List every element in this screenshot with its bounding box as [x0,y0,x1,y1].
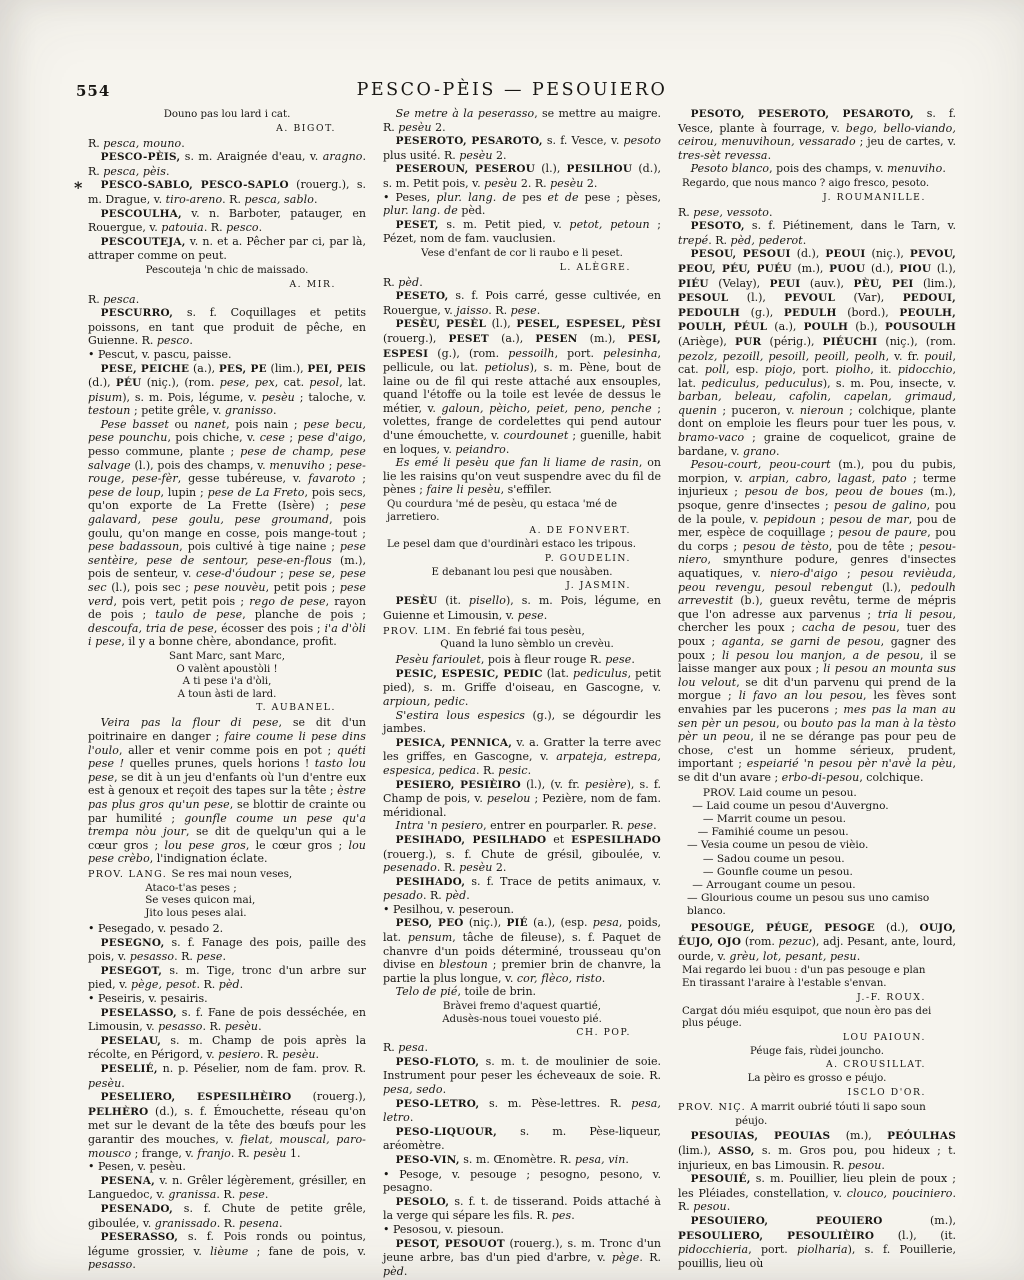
dictionary-entry: PESOUIÉ, s. m. Pouillier, lieu plein de … [678,1172,956,1214]
dictionary-entry: PESIHADO, s. f. Trace de petits animaux,… [383,875,661,903]
citation-quote: Mai regardo lei buou : d'un pas pesouge … [678,965,956,990]
usage-paragraph: Veira pas la flour di pese, se dit d'un … [88,716,366,866]
usage-paragraph: Pesou-court, peou-court (m.), pou du pub… [678,458,956,784]
dictionary-entry: PESE, PEICHE (a.), PES, PE (lim.), PEI, … [88,362,366,418]
usage-paragraph: S'estira lous espesics (g.), se dégourdi… [383,709,661,736]
dictionary-entry: PESET, s. m. Petit pied, v. petot, petou… [383,218,661,246]
dictionary-entry: PESETO, s. f. Pois carré, gesse cultivée… [383,289,661,317]
citation-author: J.-F. ROUX. [678,992,956,1003]
dictionary-entry: PESEGNO, s. f. Fanage des pois, paille d… [88,936,366,964]
dictionary-entry: PESELIÉ, n. p. Péselier, nom de fam. pro… [88,1062,366,1090]
dictionary-entry: PESO-LIQUOUR, s. m. Pèse-liqueur, aréomè… [383,1125,661,1153]
citation-author: L. ALÈGRE. [383,262,661,273]
dictionary-entry: PESCO-PÈIS, s. m. Araignée d'eau, v. ara… [88,150,366,178]
dictionary-entry: PESOT, PESOUOT (rouerg.), s. m. Tronc d'… [383,1237,661,1279]
dictionary-entry: PESICA, PENNICA, v. a. Gratter la terre … [383,736,661,778]
dictionary-entry: PESELAU, s. m. Champ de pois après la ré… [88,1034,366,1062]
dictionary-entry: PESEGOT, s. m. Tige, tronc d'un arbre su… [88,964,366,992]
dictionary-entry: PESO-FLOTO, s. m. t. de moulinier de soi… [383,1055,661,1097]
verse-quote: La pèiro es grosso e péujo. [678,1073,956,1086]
text-column-3: PESOTO, PESEROTO, PESAROTO, s. f. Vesce,… [678,107,956,1278]
dictionary-entry: PESOUIAS, PEOUIAS (m.), PEÓULHAS (lim.),… [678,1129,956,1172]
dictionary-entry: PESCOUTEJA, v. n. et a. Pêcher par ci, p… [88,235,366,263]
cross-reference: • Pesen, v. pesèu. [88,1160,366,1174]
entry-continuation: R. pesa. [383,1041,661,1055]
usage-paragraph: Pesoto blanco, pois des champs, v. menuv… [678,162,956,176]
usage-paragraph: Pese basset ou nanet, pois nain ; pese b… [88,418,366,649]
citation-author: CH. POP. [383,1027,661,1038]
dictionary-entry: PESÈU (it. pisello), s. m. Pois, légume,… [383,594,661,622]
citation-quote: Regardo, que nous manco ? aigo fresco, p… [678,178,956,191]
text-column-1: Douno pas lou lard i cat.A. BIGOT.R. pes… [88,107,366,1278]
proverb-label: PROV. NIÇ. [678,1102,750,1113]
citation-author: J. ROUMANILLE. [678,192,956,203]
text-column-2: Se metre à la peserasso, se mettre au ma… [383,107,661,1278]
citation-author: A. CROUSILLAT. [678,1059,956,1070]
proverb-label: PROV. LANG. [88,869,171,880]
verse-quote: Péuge fais, rùdei jouncho. [678,1046,956,1059]
scanned-dictionary-page: 554 PESCO-PÈIS — PESOUIERO * Douno pas l… [0,0,1024,1280]
cross-reference: • Peses, plur. lang. de pes et de pese ;… [383,191,661,218]
dictionary-entry: PESERASSO, s. f. Pois ronds ou pointus, … [88,1230,366,1272]
cross-reference: • Pesoge, v. pesouge ; pesogno, pesono, … [383,1168,661,1195]
proverb-block: PROV. LIM. En febrié fai tous pesèu,Quan… [383,625,661,652]
proverb-block: PROV. NIÇ. A marrit oubrié tóuti li sapo… [678,1101,956,1128]
citation-quote: Le pesel dam que d'ourdinàri estaco les … [383,539,661,552]
citation-author: J. JASMIN. [383,580,661,591]
cross-reference: • Pesosou, v. piesoun. [383,1223,661,1237]
citation-author: ISCLO D'OR. [678,1087,956,1098]
citation-quote: Cargat dóu miéu esquipot, que noun èro p… [678,1006,956,1031]
dictionary-entry: PESENA, v. n. Grêler légèrement, grésill… [88,1174,366,1202]
running-header: PESCO-PÈIS — PESOUIERO [0,80,1024,100]
cross-reference: • Pesegado, v. pesado 2. [88,922,366,936]
verse-quote: Pescouteja 'n chic de maissado. [88,265,366,278]
dictionary-entry: PESIERO, PESIÈIRO (l.), (v. fr. pesière)… [383,778,661,820]
dictionary-entry: PESCURRO, s. f. Coquillages et petits po… [88,306,366,348]
dictionary-entry: PESO-LETRO, s. m. Pèse-lettres. R. pesa,… [383,1097,661,1125]
proverb-block: PROV. LANG. Se res mai noun veses,Ataco-… [88,868,366,920]
cross-reference: • Pescut, v. pascu, paisse. [88,348,366,362]
dictionary-entry: PESOUGE, PÉUGE, PESOGE (d.), OUJO, ÉUJO,… [678,921,956,964]
usage-paragraph: Pesèu farioulet, pois à fleur rouge R. p… [383,653,661,667]
dictionary-entry: PESEROTO, PESAROTO, s. f. Vesce, v. peso… [383,134,661,162]
dictionary-entry: PESIC, ESPESIC, PEDIC (lat. pediculus, p… [383,667,661,709]
usage-paragraph: Telo de pié, toile de brin. [383,985,661,999]
cross-reference: • Peseiris, v. pesairis. [88,992,366,1006]
usage-paragraph: Se metre à la peserasso, se mettre au ma… [383,107,661,134]
citation-author: A. MIR. [88,279,366,290]
margin-asterisk: * [74,178,82,197]
dictionary-entry: PESEROUN, PESEROU (l.), PESILHOU (d.), s… [383,162,661,190]
dictionary-entry: PESO, PEO (niç.), PIÉ (a.), (esp. pesa, … [383,916,661,985]
entry-continuation: R. pesca, mouno. [88,137,366,151]
cross-reference: • Pesilhou, v. peseroun. [383,903,661,917]
dictionary-entry: PESOUIERO, PEOUIERO (m.), PESOULIERO, PE… [678,1214,956,1270]
citation-author: A. BIGOT. [88,123,366,134]
entry-continuation: R. pesca. [88,293,366,307]
dictionary-entry: PESELIERO, ESPESILHÈIRO (rouerg.), PELHÈ… [88,1090,366,1160]
verse-quote: Bràvei fremo d'aquest quartié,Adusès-nou… [383,1001,661,1026]
dictionary-entry: PESO-VIN, s. m. Œnomètre. R. pesa, vin. [383,1153,661,1168]
dictionary-entry: PESENADO, s. f. Chute de petite grêle, g… [88,1202,366,1230]
entry-continuation: R. pèd. [383,276,661,290]
citation-author: T. AUBANEL. [88,702,366,713]
citation-author: LOU PAIOUN. [678,1032,956,1043]
dictionary-entry: PESOTO, PESEROTO, PESAROTO, s. f. Vesce,… [678,107,956,162]
verse-quote: E debanant lou pesi que nousàben. [383,567,661,580]
dictionary-entry: PESCOULHA, v. n. Barboter, patauger, en … [88,207,366,235]
dictionary-entry: PESOLO, s. f. t. de tisserand. Poids att… [383,1195,661,1223]
usage-paragraph: Es emé li pesèu que fan li liame de rasi… [383,456,661,497]
dictionary-entry: PESOTO, s. f. Piétinement, dans le Tarn,… [678,219,956,247]
verse-quote: Sant Marc, sant Marc,O valènt apoustòli … [88,651,366,701]
citation-author: P. GOUDELIN. [383,553,661,564]
dictionary-entry: PESÈU, PESÈL (l.), PESEL, ESPESEL, PÈSI … [383,317,661,456]
verse-quote: Vese d'enfant de cor li raubo e li peset… [383,248,661,261]
dictionary-entry: PESIHADO, PESILHADO et ESPESILHADO (roue… [383,833,661,875]
usage-paragraph: Intra 'n pesiero, entrer en pourparler. … [383,819,661,833]
text-columns: Douno pas lou lard i cat.A. BIGOT.R. pes… [88,107,956,1278]
proverb-label: PROV. LIM. [383,626,456,637]
dictionary-entry: PESELASSO, s. f. Fane de pois desséchée,… [88,1006,366,1034]
verse-quote: Douno pas lou lard i cat. [88,109,366,122]
entry-continuation: R. pese, vessoto. [678,206,956,220]
citation-author: A. DE FONVERT. [383,525,661,536]
dictionary-entry: PESOU, PESOUI (d.), PEOUI (niç.), PEVOU,… [678,247,956,458]
citation-quote: Qu courdura 'mé de pesèu, qu estaca 'mé … [383,499,661,524]
dictionary-entry: PESCO-SABLO, PESCO-SAPLO (rouerg.), s. m… [88,178,366,206]
proverb-list: PROV. Laid coume un pesou. — Laid coume … [678,787,956,919]
